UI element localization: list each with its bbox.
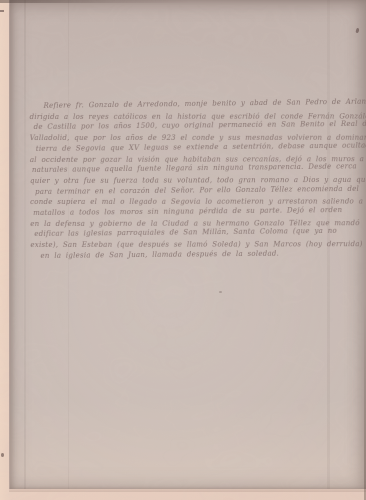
top-edge-smudge — [0, 0, 190, 3]
handwriting-line: en la iglesia de San Juan, llamada despu… — [30, 248, 366, 262]
handwriting-block: Refiere fr. Gonzalo de Arredondo, monje … — [30, 99, 366, 262]
manuscript-scan: Refiere fr. Gonzalo de Arredondo, monje … — [0, 0, 366, 500]
handwriting-line: de Castilla por los años 1500, cuyo orig… — [30, 119, 366, 133]
ink-speck — [0, 10, 4, 12]
handwriting-line: matallos a todos los moros sin ninguna p… — [30, 205, 366, 219]
handwriting-line: naturales aunque aquella fuente llegará … — [30, 161, 366, 176]
ink-speck — [1, 453, 4, 457]
handwriting-line: edificar las iglesias parroquiales de Sa… — [30, 226, 366, 240]
bottom-page-edge — [9, 486, 366, 492]
ink-speck — [219, 291, 222, 293]
paper-crease — [24, 0, 26, 489]
